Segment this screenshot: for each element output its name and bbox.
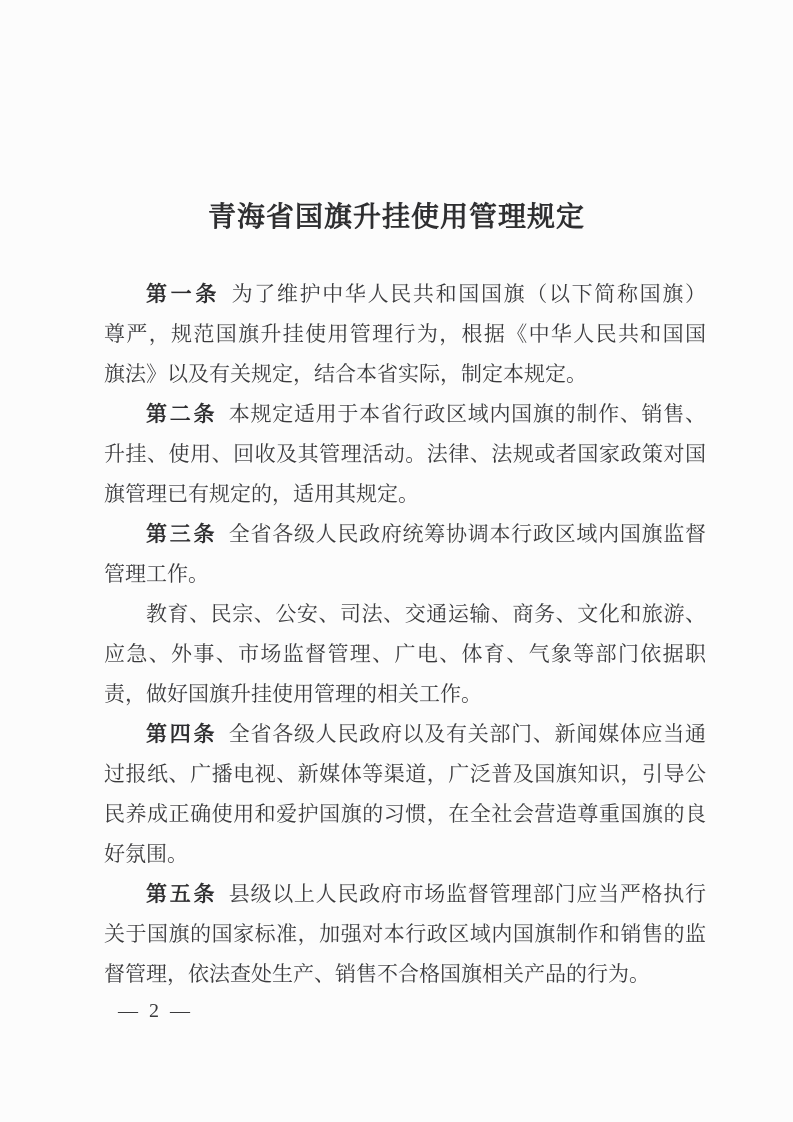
body-line: 管理工作。: [104, 554, 706, 594]
body-line: 好氛围。: [104, 834, 706, 874]
article-number-label: 第三条: [146, 523, 217, 546]
article-number-label: 第二条: [146, 403, 217, 426]
body-line: 旗管理已有规定的，适用其规定。: [104, 474, 706, 514]
body-line: 旗法》以及有关规定，结合本省实际，制定本规定。: [104, 354, 706, 394]
body-line: 责，做好国旗升挂使用管理的相关工作。: [104, 674, 706, 714]
body-line: 第五条县级以上人民政府市场监督管理部门应当严格执行: [104, 874, 706, 914]
article-number-label: 第一条: [146, 283, 220, 306]
page-number: — 2 —: [118, 998, 193, 1024]
article-number-label: 第五条: [146, 883, 217, 906]
body-line: 第四条全省各级人民政府以及有关部门、新闻媒体应当通: [104, 714, 706, 754]
document-title: 青海省国旗升挂使用管理规定: [0, 200, 793, 236]
body-line: 关于国旗的国家标准，加强对本行政区域内国旗制作和销售的监: [104, 914, 706, 954]
body-line: 过报纸、广播电视、新媒体等渠道，广泛普及国旗知识，引导公: [104, 754, 706, 794]
body-line: 第三条全省各级人民政府统筹协调本行政区域内国旗监督: [104, 514, 706, 554]
body-line: 督管理，依法查处生产、销售不合格国旗相关产品的行为。: [104, 954, 706, 994]
body-line: 应急、外事、市场监督管理、广电、体育、气象等部门依据职: [104, 634, 706, 674]
document-body: 第一条为了维护中华人民共和国国旗（以下简称国旗）尊严，规范国旗升挂使用管理行为，…: [104, 274, 706, 994]
body-line: 尊严，规范国旗升挂使用管理行为，根据《中华人民共和国国: [104, 314, 706, 354]
body-line: 第一条为了维护中华人民共和国国旗（以下简称国旗）: [104, 274, 706, 314]
body-line: 民养成正确使用和爱护国旗的习惯，在全社会营造尊重国旗的良: [104, 794, 706, 834]
article-number-label: 第四条: [146, 723, 217, 746]
body-line: 第二条本规定适用于本省行政区域内国旗的制作、销售、: [104, 394, 706, 434]
body-line: 升挂、使用、回收及其管理活动。法律、法规或者国家政策对国: [104, 434, 706, 474]
document-page: 青海省国旗升挂使用管理规定 第一条为了维护中华人民共和国国旗（以下简称国旗）尊严…: [0, 0, 793, 1122]
body-line: 教育、民宗、公安、司法、交通运输、商务、文化和旅游、: [104, 594, 706, 634]
